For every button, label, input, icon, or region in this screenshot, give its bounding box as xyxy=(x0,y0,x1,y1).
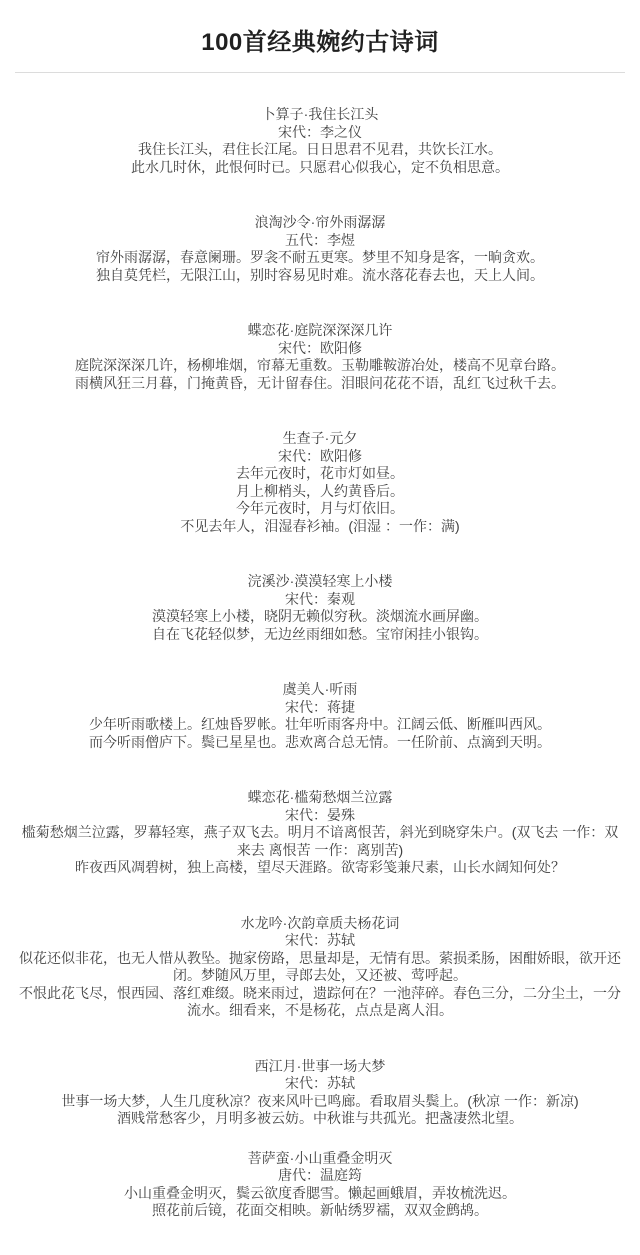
poem-lines: 去年元夜时，花市灯如昼。月上柳梢头，人约黄昏后。今年元夜时，月与灯依旧。不见去年… xyxy=(15,465,625,535)
poem-lines: 漠漠轻寒上小楼，晓阴无赖似穷秋。淡烟流水画屏幽。自在飞花轻似梦，无边丝雨细如愁。… xyxy=(15,608,625,643)
poem-author: 宋代：欧阳修 xyxy=(15,340,625,358)
poem-line: 不见去年人，泪湿春衫袖。(泪湿 ：一作：满) xyxy=(15,518,625,536)
poem-author: 宋代：秦观 xyxy=(15,591,625,609)
poem-line: 帘外雨潺潺，春意阑珊。罗衾不耐五更寒。梦里不知身是客，一晌贪欢。 xyxy=(15,249,625,267)
poem-block: 水龙吟·次韵章质夫杨花词 宋代：苏轼 似花还似非花，也无人惜从教坠。抛家傍路，思… xyxy=(15,915,625,1020)
poem-title: 蝶恋花·庭院深深深几许 xyxy=(15,322,625,340)
poem-author: 宋代：蒋捷 xyxy=(15,699,625,717)
poem-block: 蝶恋花·庭院深深深几许 宋代：欧阳修 庭院深深深几许，杨柳堆烟，帘幕无重数。玉勒… xyxy=(15,322,625,392)
poem-line: 漠漠轻寒上小楼，晓阴无赖似穷秋。淡烟流水画屏幽。 xyxy=(15,608,625,626)
poem-title: 蝶恋花·槛菊愁烟兰泣露 xyxy=(15,789,625,807)
poem-title: 生查子·元夕 xyxy=(15,430,625,448)
poem-block: 西江月·世事一场大梦 宋代：苏轼 世事一场大梦，人生几度秋凉？夜来风叶已鸣廊。看… xyxy=(15,1058,625,1128)
page-title: 100首经典婉约古诗词 xyxy=(15,0,625,56)
poem-author: 宋代：李之仪 xyxy=(15,124,625,142)
poem-line: 此水几时休，此恨何时已。只愿君心似我心，定不负相思意。 xyxy=(15,159,625,177)
poem-list: 卜算子·我住长江头 宋代：李之仪 我住长江头，君住长江尾。日日思君不见君，共饮长… xyxy=(15,73,625,1220)
poem-lines: 少年听雨歌楼上。红烛昏罗帐。壮年听雨客舟中。江阔云低、断雁叫西风。而今听雨僧庐下… xyxy=(15,716,625,751)
poem-block: 虞美人·听雨 宋代：蒋捷 少年听雨歌楼上。红烛昏罗帐。壮年听雨客舟中。江阔云低、… xyxy=(15,681,625,751)
poem-title: 卜算子·我住长江头 xyxy=(15,106,625,124)
article-page: 100首经典婉约古诗词 卜算子·我住长江头 宋代：李之仪 我住长江头，君住长江尾… xyxy=(0,0,640,1255)
poem-line: 酒贱常愁客少，月明多被云妨。中秋谁与共孤光。把盏凄然北望。 xyxy=(15,1110,625,1128)
poem-line: 照花前后镜，花面交相映。新帖绣罗襦，双双金鹧鸪。 xyxy=(15,1202,625,1220)
poem-line: 月上柳梢头，人约黄昏后。 xyxy=(15,483,625,501)
poem-lines: 我住长江头，君住长江尾。日日思君不见君，共饮长江水。此水几时休，此恨何时已。只愿… xyxy=(15,141,625,176)
poem-line: 我住长江头，君住长江尾。日日思君不见君，共饮长江水。 xyxy=(15,141,625,159)
poem-line: 庭院深深深几许，杨柳堆烟，帘幕无重数。玉勒雕鞍游冶处，楼高不见章台路。 xyxy=(15,357,625,375)
poem-lines: 似花还似非花，也无人惜从教坠。抛家傍路，思量却是，无情有思。萦损柔肠，困酣娇眼，… xyxy=(15,950,625,1020)
poem-lines: 帘外雨潺潺，春意阑珊。罗衾不耐五更寒。梦里不知身是客，一晌贪欢。独自莫凭栏，无限… xyxy=(15,249,625,284)
poem-line: 少年听雨歌楼上。红烛昏罗帐。壮年听雨客舟中。江阔云低、断雁叫西风。 xyxy=(15,716,625,734)
poem-author: 宋代：欧阳修 xyxy=(15,448,625,466)
poem-author: 五代：李煜 xyxy=(15,232,625,250)
poem-block: 浪淘沙令·帘外雨潺潺 五代：李煜 帘外雨潺潺，春意阑珊。罗衾不耐五更寒。梦里不知… xyxy=(15,214,625,284)
poem-lines: 世事一场大梦，人生几度秋凉？夜来风叶已鸣廊。看取眉头鬓上。(秋凉 一作：新凉)酒… xyxy=(15,1093,625,1128)
poem-lines: 庭院深深深几许，杨柳堆烟，帘幕无重数。玉勒雕鞍游冶处，楼高不见章台路。雨横风狂三… xyxy=(15,357,625,392)
poem-line: 似花还似非花，也无人惜从教坠。抛家傍路，思量却是，无情有思。萦损柔肠，困酣娇眼，… xyxy=(15,950,625,985)
poem-line: 小山重叠金明灭，鬓云欲度香腮雪。懒起画蛾眉，弄妆梳洗迟。 xyxy=(15,1185,625,1203)
poem-author: 宋代：晏殊 xyxy=(15,807,625,825)
poem-line: 世事一场大梦，人生几度秋凉？夜来风叶已鸣廊。看取眉头鬓上。(秋凉 一作：新凉) xyxy=(15,1093,625,1111)
poem-title: 虞美人·听雨 xyxy=(15,681,625,699)
poem-line: 独自莫凭栏，无限江山，别时容易见时难。流水落花春去也，天上人间。 xyxy=(15,267,625,285)
poem-title: 菩萨蛮·小山重叠金明灭 xyxy=(15,1150,625,1168)
poem-author: 宋代：苏轼 xyxy=(15,1075,625,1093)
poem-title: 西江月·世事一场大梦 xyxy=(15,1058,625,1076)
poem-lines: 槛菊愁烟兰泣露，罗幕轻寒，燕子双飞去。明月不谙离恨苦，斜光到晓穿朱户。(双飞去 … xyxy=(15,824,625,877)
poem-block: 生查子·元夕 宋代：欧阳修 去年元夜时，花市灯如昼。月上柳梢头，人约黄昏后。今年… xyxy=(15,430,625,535)
poem-author: 宋代：苏轼 xyxy=(15,932,625,950)
poem-block: 菩萨蛮·小山重叠金明灭 唐代：温庭筠 小山重叠金明灭，鬓云欲度香腮雪。懒起画蛾眉… xyxy=(15,1150,625,1220)
poem-title: 浪淘沙令·帘外雨潺潺 xyxy=(15,214,625,232)
poem-lines: 小山重叠金明灭，鬓云欲度香腮雪。懒起画蛾眉，弄妆梳洗迟。照花前后镜，花面交相映。… xyxy=(15,1185,625,1220)
poem-title: 浣溪沙·漠漠轻寒上小楼 xyxy=(15,573,625,591)
poem-line: 而今听雨僧庐下。鬓已星星也。悲欢离合总无情。一任阶前、点滴到天明。 xyxy=(15,734,625,752)
poem-block: 浣溪沙·漠漠轻寒上小楼 宋代：秦观 漠漠轻寒上小楼，晓阴无赖似穷秋。淡烟流水画屏… xyxy=(15,573,625,643)
poem-line: 不恨此花飞尽，恨西园、落红难缀。晓来雨过，遗踪何在？一池萍碎。春色三分，二分尘土… xyxy=(15,985,625,1020)
poem-line: 槛菊愁烟兰泣露，罗幕轻寒，燕子双飞去。明月不谙离恨苦，斜光到晓穿朱户。(双飞去 … xyxy=(15,824,625,859)
poem-line: 自在飞花轻似梦，无边丝雨细如愁。宝帘闲挂小银钩。 xyxy=(15,626,625,644)
poem-line: 今年元夜时，月与灯依旧。 xyxy=(15,500,625,518)
poem-line: 雨横风狂三月暮，门掩黄昏，无计留春住。泪眼问花花不语，乱红飞过秋千去。 xyxy=(15,375,625,393)
poem-title: 水龙吟·次韵章质夫杨花词 xyxy=(15,915,625,933)
poem-block: 蝶恋花·槛菊愁烟兰泣露 宋代：晏殊 槛菊愁烟兰泣露，罗幕轻寒，燕子双飞去。明月不… xyxy=(15,789,625,877)
poem-line: 去年元夜时，花市灯如昼。 xyxy=(15,465,625,483)
poem-block: 卜算子·我住长江头 宋代：李之仪 我住长江头，君住长江尾。日日思君不见君，共饮长… xyxy=(15,106,625,176)
poem-author: 唐代：温庭筠 xyxy=(15,1167,625,1185)
poem-line: 昨夜西风凋碧树，独上高楼，望尽天涯路。欲寄彩笺兼尺素，山长水阔知何处？ xyxy=(15,859,625,877)
